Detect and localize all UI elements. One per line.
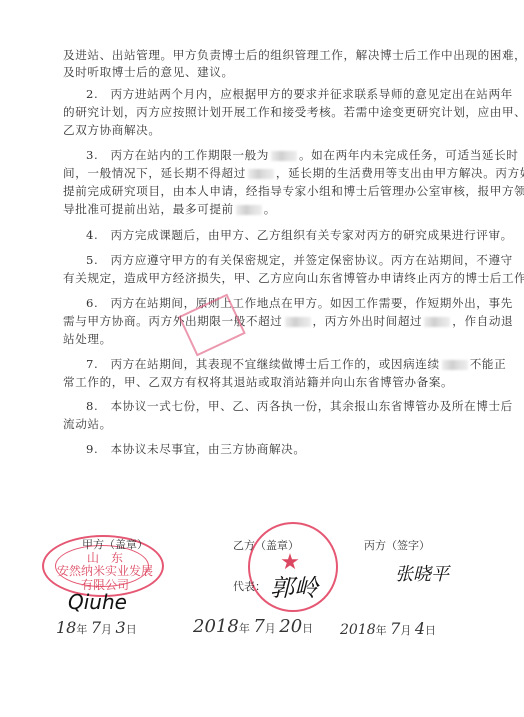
party-c-date: 2018年 7月 4日 — [340, 619, 436, 638]
redacted-value — [271, 151, 297, 161]
party-a-signature: Qiuhe — [68, 590, 127, 614]
redacted-value — [424, 317, 450, 327]
paragraph-line: 站处理。 — [63, 332, 468, 346]
redacted-value — [248, 169, 274, 179]
paragraph-line: 有关规定，造成甲方经济损失，甲、乙方应向山东省博管办申请终止丙方的博士后工作。 — [63, 271, 468, 285]
paragraph-line: 4. 丙方完成课题后，由甲方、乙方组织有关专家对丙方的研究成果进行评审。 — [86, 228, 491, 242]
party-b-label: 乙方（盖章） — [233, 537, 299, 553]
redacted-value — [236, 205, 262, 215]
paragraph-line: 及时听取博士后的意见、建议。 — [63, 65, 468, 79]
paragraph-line: 导批准可提前出站，最多可提前。 — [63, 202, 468, 216]
paragraph-line: 9. 本协议未尽事宜，由三方协商解决。 — [86, 442, 491, 456]
paragraph-line: 间，一般情况下，延长期不得超过，延长期的生活费用等支出由甲方解决。丙方如 — [63, 166, 468, 180]
paragraph-line: 需与甲方协商。丙方外出期限一般不超过，丙方外出时间超过，作自动退 — [63, 314, 468, 328]
paragraph-line: 及进站、出站管理。甲方负责博士后的组织管理工作，解决博士后工作中出现的困难， — [63, 48, 468, 62]
party-b-rep-label: 代表： — [233, 578, 266, 594]
paragraph-line: 5. 丙方应遵守甲方的有关保密规定，并签定保密协议。丙方在站期间，不遵守 — [86, 253, 491, 267]
paragraph-line: 乙双方协商解决。 — [63, 123, 468, 137]
redacted-value — [442, 360, 468, 370]
paragraph-line: 6. 丙方在站期间，原则上工作地点在甲方。如因工作需要，作短期外出，事先 — [86, 296, 491, 310]
document-page: 及进站、出站管理。甲方负责博士后的组织管理工作，解决博士后工作中出现的困难，及时… — [0, 0, 524, 717]
paragraph-line: 提前完成研究项目，由本人申请，经指导专家小组和博士后管理办公室审核，报甲方领 — [63, 184, 468, 198]
paragraph-line: 3. 丙方在站内的工作期限一般为。如在两年内未完成任务，可适当延长时 — [86, 148, 491, 162]
party-b-signature: 郭岭 — [270, 568, 318, 603]
paragraph-line: 8. 本协议一式七份，甲、乙、丙各执一份，其余报山东省博管办及所在博士后 — [86, 399, 491, 413]
paragraph-line: 常工作的，甲、乙双方有权将其退站或取消站籍并向山东省博管办备案。 — [63, 375, 468, 389]
redacted-value — [285, 317, 311, 327]
party-c-label: 丙方（签字） — [364, 537, 430, 553]
paragraph-line: 流动站。 — [63, 417, 468, 431]
paragraph-line: 2. 丙方进站两个月内，应根据甲方的要求并征求联系导师的意见定出在站两年 — [86, 87, 491, 101]
paragraph-line: 的研究计划，丙方应按照计划开展工作和接受考核。若需中途变更研究计划，应由甲、 — [63, 105, 468, 119]
party-b-date: 2018年 7月 20日 — [193, 616, 313, 637]
party-c-signature: 张晓平 — [395, 560, 449, 586]
paragraph-line: 7. 丙方在站期间，其表现不宜继续做博士后工作的，或因病连续不能正 — [86, 357, 491, 371]
party-a-date: 18年 7月 3日 — [56, 618, 137, 637]
